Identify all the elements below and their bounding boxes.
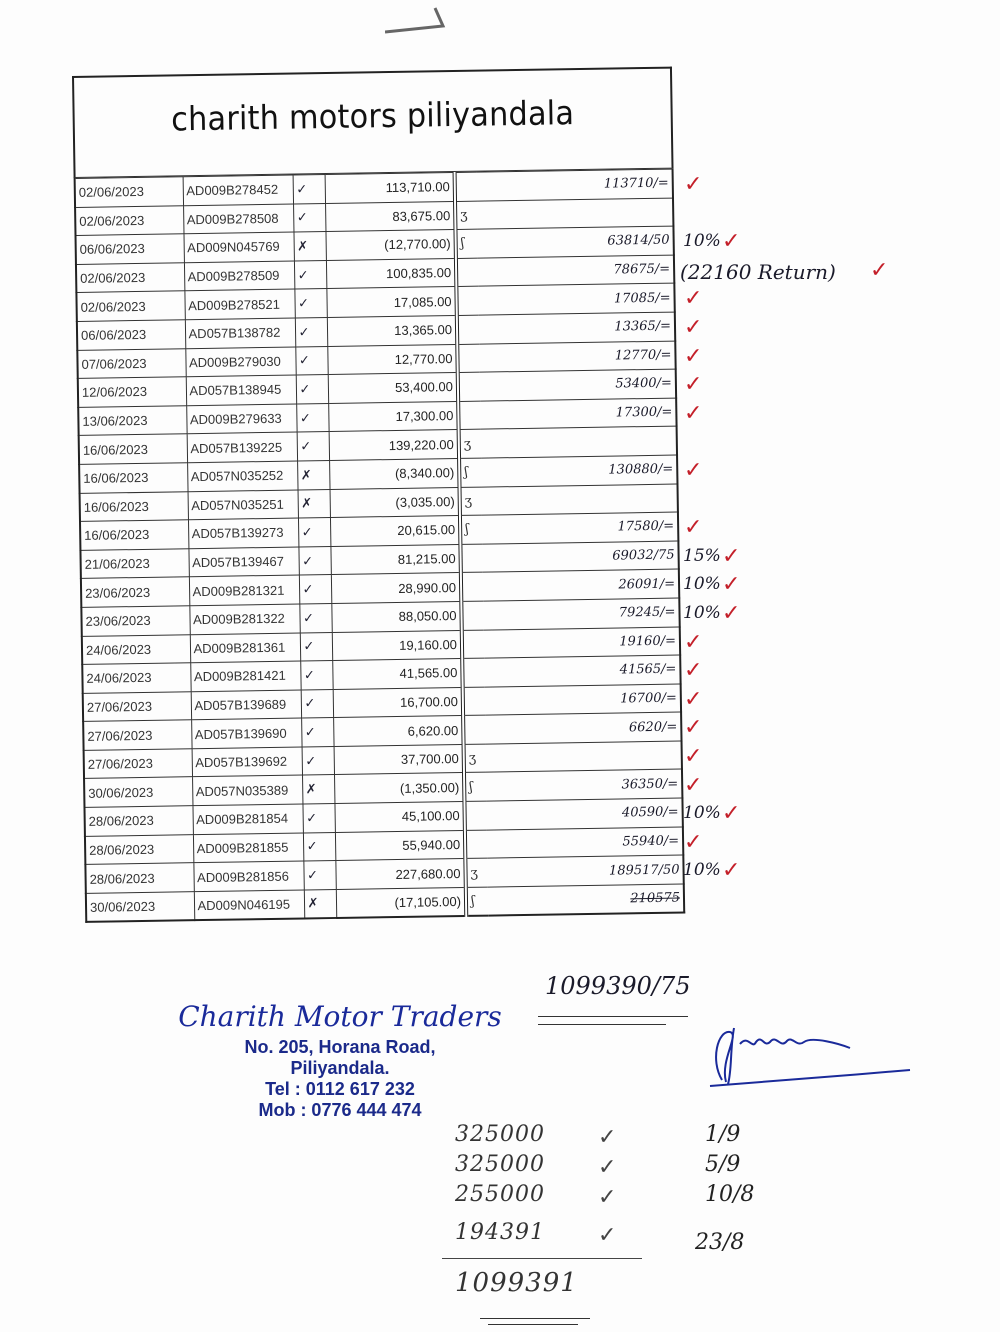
amount-cell: 227,680.00: [335, 859, 465, 890]
invoice-cell: AD057N035252: [187, 461, 297, 491]
date-cell: 02/06/2023: [75, 177, 183, 207]
red-check-icon: ✓: [684, 744, 702, 769]
amount-cell: 6,620.00: [333, 716, 463, 747]
amount-cell: 13,365.00: [327, 315, 457, 346]
amount-cell: 100,835.00: [326, 258, 456, 289]
amount-cell: 53,400.00: [328, 373, 458, 404]
company-stamp: Charith Motor Traders No. 205, Horana Ro…: [170, 1000, 510, 1121]
discount-note: (22160 Return): [680, 260, 836, 284]
amount-cell: (3,035.00): [330, 487, 460, 518]
verify-mark: ✓: [296, 375, 328, 404]
bracket-mark: ʒ: [455, 201, 477, 230]
handwritten-amount: [481, 426, 677, 458]
amount-cell: 20,615.00: [330, 516, 460, 547]
handwritten-amount: 113710/=: [477, 169, 673, 201]
amount-cell: 37,700.00: [334, 744, 464, 775]
bracket-mark: ʒ: [460, 487, 482, 516]
amount-cell: 28,990.00: [331, 573, 461, 604]
verify-mark: ✓: [295, 346, 327, 375]
amount-cell: (8,340.00): [329, 458, 459, 489]
red-check-icon: ✓: [684, 172, 702, 197]
red-check-icon: ✓: [870, 258, 888, 283]
verify-mark: ✓: [294, 260, 326, 289]
date-cell: 13/06/2023: [78, 405, 186, 435]
invoice-cell: AD009B278508: [183, 204, 293, 234]
verify-mark: ✓: [294, 289, 326, 318]
bracket-mark: [462, 630, 484, 659]
discount-note: 15%: [683, 546, 721, 566]
amount-cell: 83,675.00: [325, 201, 455, 232]
invoice-cell: AD009B278521: [184, 289, 294, 319]
invoice-cell: AD009B281322: [189, 604, 299, 634]
date-cell: 16/06/2023: [80, 520, 188, 550]
bracket-mark: [464, 801, 486, 830]
payment-amount: 255000: [455, 1182, 545, 1207]
date-cell: 12/06/2023: [78, 377, 186, 407]
amount-cell: (17,105.00): [336, 887, 466, 918]
payments-total: 1099391: [455, 1268, 578, 1298]
bracket-mark: [461, 601, 483, 630]
amount-cell: 113,710.00: [325, 173, 455, 204]
amount-cell: 19,160.00: [332, 630, 462, 661]
verify-mark: ✓: [301, 718, 333, 747]
verify-mark: ✓: [303, 832, 335, 861]
handwritten-amount: [482, 484, 678, 516]
amount-cell: 17,085.00: [326, 287, 456, 318]
red-check-icon: ✓: [684, 773, 702, 798]
payment-amount: 325000: [455, 1122, 545, 1147]
red-check-icon: ✓: [684, 630, 702, 655]
amount-cell: 45,100.00: [334, 801, 464, 832]
verify-mark: ✓: [300, 632, 332, 661]
bracket-mark: [461, 572, 483, 601]
verify-mark: ✗: [298, 489, 330, 518]
invoice-cell: AD057B139467: [188, 547, 298, 577]
invoice-cell: AD057B139692: [192, 747, 302, 777]
payment-check-icon: ✓: [598, 1124, 616, 1150]
invoice-cell: AD009B278452: [183, 175, 293, 205]
invoice-cell: AD009B279633: [186, 404, 296, 434]
verify-mark: ✗: [302, 775, 334, 804]
payment-check-icon: ✓: [598, 1222, 616, 1248]
bracket-mark: [463, 687, 485, 716]
stamp-brand: Charith Motor Traders: [170, 1000, 510, 1033]
handwritten-amount: 189517/50: [487, 855, 683, 887]
handwritten-amount: 16700/=: [485, 684, 681, 716]
red-check-icon: ✓: [684, 687, 702, 712]
verify-mark: ✓: [293, 175, 325, 204]
verify-mark: ✓: [302, 746, 334, 775]
date-cell: 16/06/2023: [79, 434, 187, 464]
invoice-cell: AD009B278509: [184, 261, 294, 291]
handwritten-amount: 130880/=: [481, 455, 677, 487]
payment-check-icon: ✓: [598, 1184, 616, 1210]
ledger-sheet: charith motors piliyandala 02/06/2023AD0…: [72, 67, 685, 923]
date-cell: 28/06/2023: [84, 806, 192, 836]
verify-mark: ✓: [296, 403, 328, 432]
discount-note: 10%: [683, 603, 721, 623]
date-cell: 06/06/2023: [76, 234, 184, 264]
invoice-cell: AD057B138782: [185, 318, 295, 348]
date-cell: 30/06/2023: [86, 892, 194, 922]
red-check-icon: ✓: [722, 801, 740, 826]
red-check-icon: ✓: [684, 401, 702, 426]
red-check-icon: ✓: [684, 315, 702, 340]
bracket-mark: [463, 715, 485, 744]
date-cell: 27/06/2023: [83, 720, 191, 750]
amount-cell: (1,350.00): [334, 773, 464, 804]
bracket-mark: ʒ: [464, 744, 486, 773]
bracket-mark: [460, 544, 482, 573]
bracket-mark: [455, 172, 477, 201]
red-check-icon: ✓: [684, 344, 702, 369]
invoice-cell: AD009B281854: [192, 804, 302, 834]
bracket-mark: ʒ: [465, 858, 487, 887]
total-underline: [538, 1016, 688, 1017]
date-cell: 27/06/2023: [83, 691, 191, 721]
payment-check-icon: ✓: [598, 1154, 616, 1180]
date-cell: 23/06/2023: [81, 577, 189, 607]
red-check-icon: ✓: [684, 715, 702, 740]
invoice-cell: AD009B281855: [193, 833, 303, 863]
verify-mark: ✓: [298, 518, 330, 547]
verify-mark: ✗: [304, 889, 336, 918]
bracket-mark: [458, 401, 480, 430]
bracket-mark: [457, 344, 479, 373]
handwritten-amount: 53400/=: [480, 369, 676, 401]
verify-mark: ✓: [301, 689, 333, 718]
date-cell: 24/06/2023: [82, 663, 190, 693]
date-cell: 23/06/2023: [81, 606, 189, 636]
verify-mark: ✓: [302, 804, 334, 833]
handwritten-amount: 69032/75: [482, 541, 678, 573]
amount-cell: 16,700.00: [333, 687, 463, 718]
handwritten-amount: 6620/=: [485, 712, 681, 744]
handwritten-amount: 17300/=: [480, 398, 676, 430]
date-cell: 27/06/2023: [84, 749, 192, 779]
date-cell: 16/06/2023: [80, 491, 188, 521]
amount-cell: 88,050.00: [331, 601, 461, 632]
handwritten-amount: 19160/=: [484, 627, 680, 659]
invoice-cell: AD057N035389: [192, 775, 302, 805]
verify-mark: ✓: [303, 861, 335, 890]
signature: [700, 1020, 920, 1090]
bracket-mark: [457, 315, 479, 344]
handwritten-amount: 17085/=: [478, 283, 674, 315]
amount-cell: 81,215.00: [330, 544, 460, 575]
verify-mark: ✓: [295, 317, 327, 346]
handwritten-amount: 210575: [488, 884, 684, 916]
grand-total: 1099390/75: [545, 972, 691, 1000]
red-check-icon: ✓: [722, 229, 740, 254]
stamp-address-2: Piliyandala.: [170, 1058, 510, 1079]
verify-mark: ✓: [293, 203, 325, 232]
red-check-icon: ✓: [722, 858, 740, 883]
handwritten-amount: [477, 198, 673, 230]
payments-total-underline: [480, 1318, 590, 1319]
invoice-cell: AD057B138945: [186, 375, 296, 405]
invoice-cell: AD057B139689: [191, 690, 301, 720]
payment-date: 10/8: [705, 1182, 754, 1207]
red-check-icon: ✓: [684, 658, 702, 683]
date-cell: 02/06/2023: [75, 205, 183, 235]
verify-mark: ✓: [299, 575, 331, 604]
date-cell: 07/06/2023: [77, 348, 185, 378]
stamp-mob: Mob : 0776 444 474: [170, 1100, 510, 1121]
handwritten-amount: 79245/=: [483, 598, 679, 630]
date-cell: 28/06/2023: [85, 834, 193, 864]
red-check-icon: ✓: [684, 830, 702, 855]
handwritten-amount: 78675/=: [478, 255, 674, 287]
bracket-mark: ʃ: [455, 229, 477, 258]
discount-note: 10%: [683, 860, 721, 880]
red-check-icon: ✓: [722, 544, 740, 569]
date-cell: 16/06/2023: [79, 463, 187, 493]
payments-rule: [442, 1258, 642, 1259]
invoice-cell: AD009B281856: [193, 861, 303, 891]
discount-note: 10%: [683, 574, 721, 594]
payment-amount: 325000: [455, 1152, 545, 1177]
bracket-mark: ʃ: [464, 773, 486, 802]
red-check-icon: ✓: [684, 458, 702, 483]
red-check-icon: ✓: [684, 515, 702, 540]
date-cell: 24/06/2023: [82, 634, 190, 664]
verify-mark: ✓: [299, 603, 331, 632]
date-cell: 02/06/2023: [76, 263, 184, 293]
red-check-icon: ✓: [722, 601, 740, 626]
handwritten-amount: 63814/50: [477, 226, 673, 258]
payment-date: 1/9: [705, 1122, 740, 1147]
amount-cell: (12,770.00): [325, 230, 455, 261]
red-check-icon: ✓: [684, 286, 702, 311]
discount-note: 10%: [683, 231, 721, 251]
bracket-mark: ʃ: [460, 515, 482, 544]
payment-date: 23/8: [695, 1230, 744, 1255]
title-box: charith motors piliyandala: [72, 67, 674, 178]
discount-note: 10%: [683, 803, 721, 823]
document-title: charith motors piliyandala: [171, 93, 574, 138]
handwritten-amount: 36350/=: [486, 769, 682, 801]
handwritten-amount: 26091/=: [483, 569, 679, 601]
handwritten-amount: 55940/=: [487, 827, 683, 859]
verify-mark: ✓: [300, 661, 332, 690]
bracket-mark: ʃ: [466, 887, 488, 916]
invoice-cell: AD009N045769: [183, 232, 293, 262]
bracket-mark: [458, 372, 480, 401]
bracket-mark: [456, 258, 478, 287]
red-check-icon: ✓: [684, 372, 702, 397]
handwritten-amount: 13365/=: [479, 312, 675, 344]
invoice-cell: AD009B281321: [189, 575, 299, 605]
invoice-cell: AD009B281361: [190, 632, 300, 662]
bracket-mark: [456, 287, 478, 316]
amount-cell: 55,940.00: [335, 830, 465, 861]
date-cell: 28/06/2023: [85, 863, 193, 893]
invoice-cell: AD057B139273: [188, 518, 298, 548]
handwritten-amount: 12770/=: [479, 341, 675, 373]
verify-mark: ✗: [293, 232, 325, 261]
verify-mark: ✓: [298, 546, 330, 575]
payment-amount: 194391: [455, 1220, 545, 1245]
amount-cell: 139,220.00: [329, 430, 459, 461]
date-cell: 21/06/2023: [80, 548, 188, 578]
invoice-cell: AD009B279030: [185, 347, 295, 377]
total-underline-2: [538, 1024, 666, 1025]
bracket-mark: [465, 830, 487, 859]
invoice-cell: AD009N046195: [194, 890, 304, 920]
bracket-mark: [462, 658, 484, 687]
handwritten-amount: [486, 741, 682, 773]
ledger-table: 02/06/2023AD009B278452✓113,710.00113710/…: [74, 169, 686, 923]
date-cell: 06/06/2023: [77, 320, 185, 350]
invoice-cell: AD057B139225: [187, 432, 297, 462]
invoice-cell: AD009B281421: [190, 661, 300, 691]
stamp-address-1: No. 205, Horana Road,: [170, 1037, 510, 1058]
amount-cell: 41,565.00: [332, 659, 462, 690]
verify-mark: ✓: [297, 432, 329, 461]
red-check-icon: ✓: [722, 572, 740, 597]
payments-total-underline-2: [488, 1324, 578, 1325]
handwritten-amount: 41565/=: [484, 655, 680, 687]
date-cell: 02/06/2023: [76, 291, 184, 321]
invoice-cell: AD057B139690: [191, 718, 301, 748]
handwritten-amount: 40590/=: [486, 798, 682, 830]
bracket-mark: ʃ: [459, 458, 481, 487]
verify-mark: ✗: [297, 460, 329, 489]
amount-cell: 17,300.00: [328, 401, 458, 432]
date-cell: 30/06/2023: [84, 777, 192, 807]
stamp-tel: Tel : 0112 617 232: [170, 1079, 510, 1100]
paper-corner-mark: [385, 0, 455, 36]
amount-cell: 12,770.00: [327, 344, 457, 375]
invoice-cell: AD057N035251: [188, 490, 298, 520]
payment-date: 5/9: [705, 1152, 740, 1177]
bracket-mark: ʒ: [459, 429, 481, 458]
handwritten-amount: 17580/=: [482, 512, 678, 544]
